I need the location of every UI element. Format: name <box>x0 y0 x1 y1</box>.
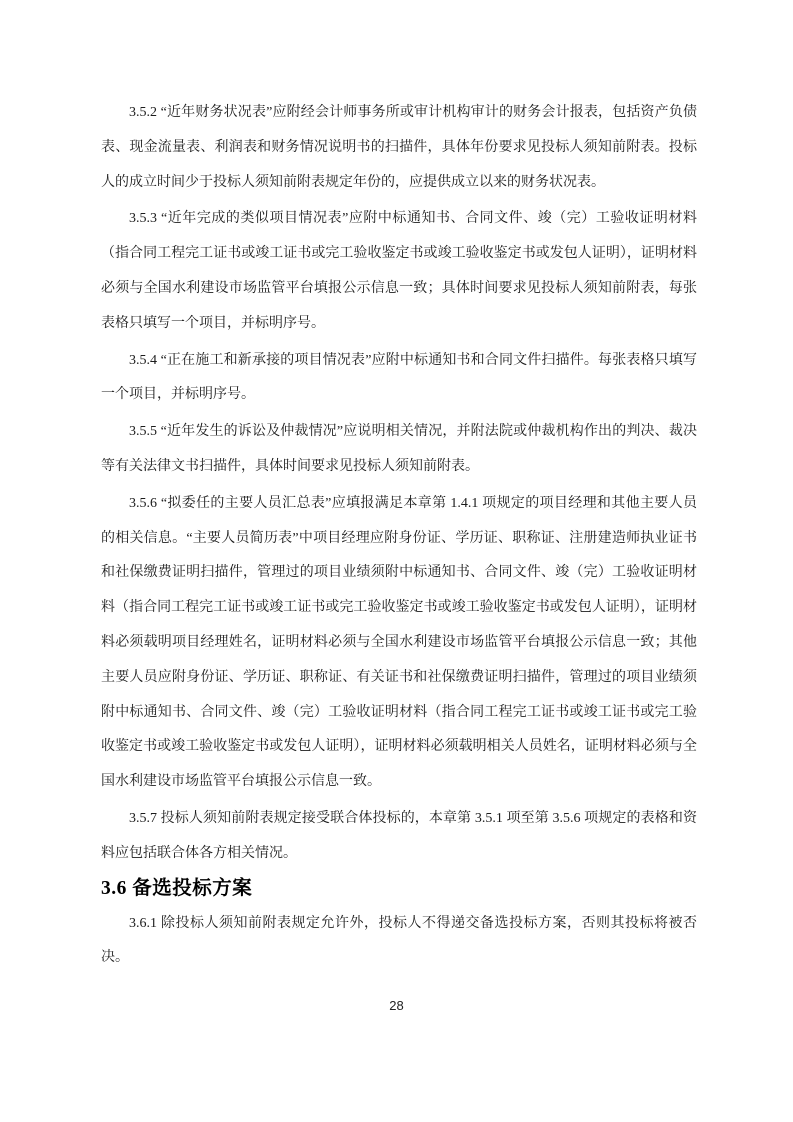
document-content: 3.5.2 “近年财务状况表”应附经会计师事务所或审计机构审计的财务会计报表，包… <box>101 96 697 978</box>
para-3-5-6: 3.5.6 “拟委任的主要人员汇总表”应填报满足本章第 1.4.1 项规定的项目… <box>101 487 697 800</box>
para-3-5-7: 3.5.7 投标人须知前附表规定接受联合体投标的，本章第 3.5.1 项至第 3… <box>101 802 697 872</box>
section-heading-3-6: 3.6 备选投标方案 <box>101 875 697 903</box>
para-3-5-2: 3.5.2 “近年财务状况表”应附经会计师事务所或审计机构审计的财务会计报表，包… <box>101 96 697 200</box>
para-3-5-4: 3.5.4 “正在施工和新承接的项目情况表”应附中标通知书和合同文件扫描件。每张… <box>101 344 697 414</box>
page-number: 28 <box>0 998 793 1014</box>
para-3-5-5: 3.5.5 “近年发生的诉讼及仲裁情况”应说明相关情况，并附法院或仲裁机构作出的… <box>101 415 697 485</box>
document-page: 3.5.2 “近年财务状况表”应附经会计师事务所或审计机构审计的财务会计报表，包… <box>0 0 793 1122</box>
para-3-5-3: 3.5.3 “近年完成的类似项目情况表”应附中标通知书、合同文件、竣（完）工验收… <box>101 202 697 341</box>
para-3-6-1: 3.6.1 除投标人须知前附表规定允许外，投标人不得递交备选投标方案，否则其投标… <box>101 907 697 977</box>
